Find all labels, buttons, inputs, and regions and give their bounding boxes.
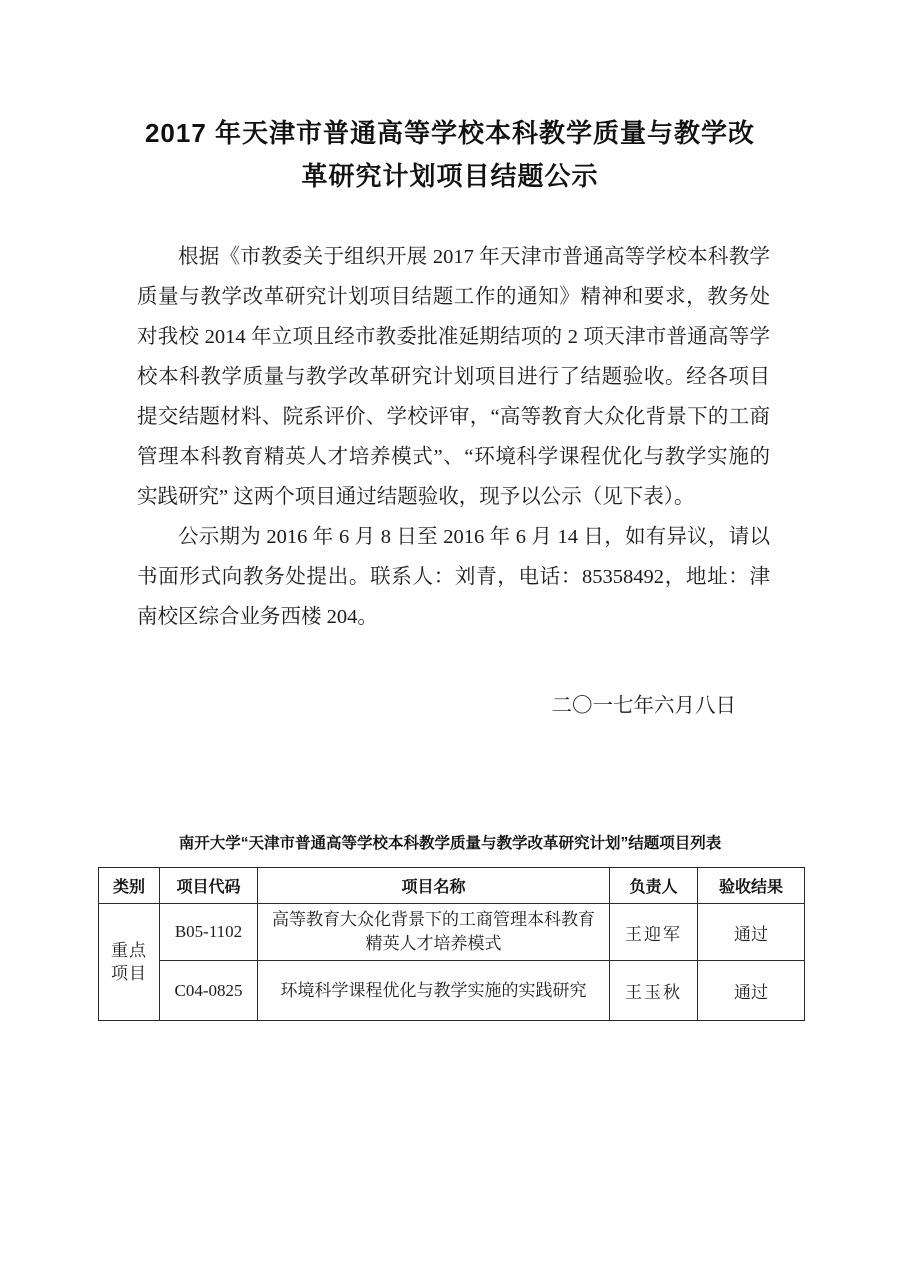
header-result: 验收结果 [698,868,805,904]
signature-date: 二〇一七年六月八日 [137,686,770,726]
header-project-name: 项目名称 [258,868,610,904]
table-row: C04-0825 环境科学课程优化与教学实施的实践研究 王玉秋 通过 [99,961,805,1021]
project-code-cell: B05-1102 [160,904,258,961]
category-cell: 重点项目 [99,904,160,1021]
paragraph-intro: 根据《市教委关于组织开展 2017 年天津市普通高等学校本科教学质量与教学改革研… [137,237,770,517]
document-title: 2017 年天津市普通高等学校本科教学质量与教学改 革研究计划项目结题公示 [0,112,900,198]
table-row: 重点项目 B05-1102 高等教育大众化背景下的工商管理本科教育精英人才培养模… [99,904,805,961]
project-name-cell: 高等教育大众化背景下的工商管理本科教育精英人才培养模式 [258,904,610,961]
header-category: 类别 [99,868,160,904]
project-name-cell: 环境科学课程优化与教学实施的实践研究 [258,961,610,1021]
result-cell: 通过 [698,961,805,1021]
document-page: 2017 年天津市普通高等学校本科教学质量与教学改 革研究计划项目结题公示 根据… [0,0,900,1272]
header-project-code: 项目代码 [160,868,258,904]
document-body: 根据《市教委关于组织开展 2017 年天津市普通高等学校本科教学质量与教学改革研… [137,237,770,637]
document-title-line2: 革研究计划项目结题公示 [0,155,900,198]
header-leader: 负责人 [610,868,698,904]
project-code-cell: C04-0825 [160,961,258,1021]
leader-cell: 王迎军 [610,904,698,961]
result-cell: 通过 [698,904,805,961]
results-table: 类别 项目代码 项目名称 负责人 验收结果 重点项目 B05-1102 高等教育… [98,867,805,1021]
table-header-row: 类别 项目代码 项目名称 负责人 验收结果 [99,868,805,904]
paragraph-contact: 公示期为 2016 年 6 月 8 日至 2016 年 6 月 14 日，如有异… [137,517,770,637]
document-title-line1: 2017 年天津市普通高等学校本科教学质量与教学改 [0,112,900,155]
table-caption: 南开大学“天津市普通高等学校本科教学质量与教学改革研究计划”结题项目列表 [0,833,900,855]
leader-cell: 王玉秋 [610,961,698,1021]
